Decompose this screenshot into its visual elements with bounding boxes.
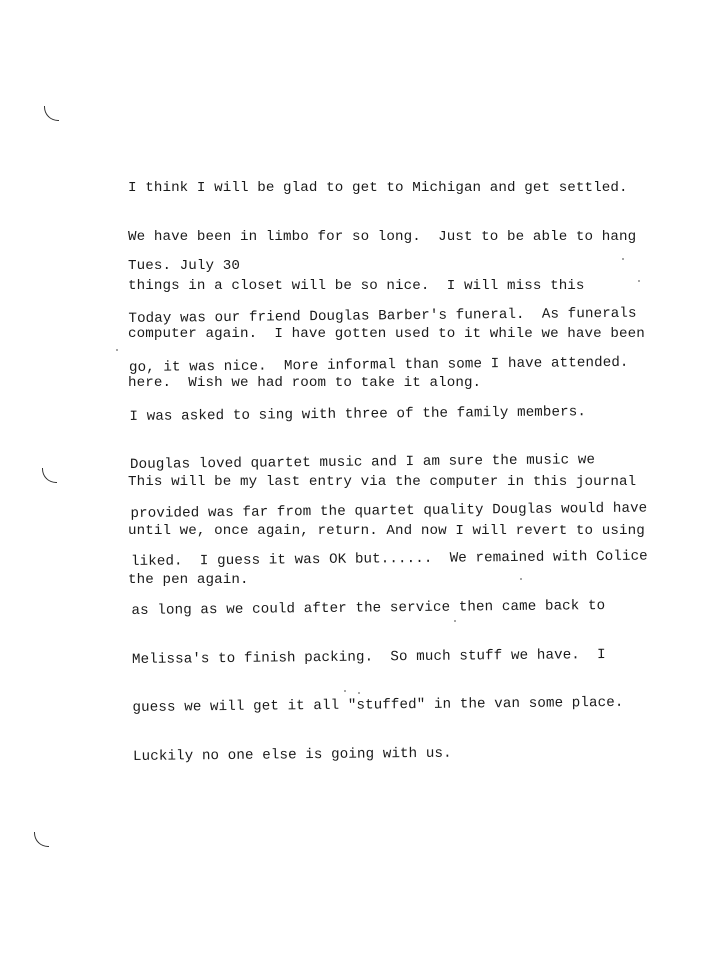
text-line: until we, once again, return. And now I … [128,523,645,539]
text-line: This will be my last entry via the compu… [128,474,645,490]
text-line: go, it was nice. More informal than some… [129,355,646,377]
text-line: guess we will get it all "stuffed" in th… [132,695,649,717]
binder-hole-mark-middle [42,468,57,483]
date-heading: Tues. July 30 [128,258,240,274]
text-line: We have been in limbo for so long. Just … [128,229,645,245]
binder-hole-mark-top [44,106,59,121]
text-line: Today was our friend Douglas Barber's fu… [128,306,645,328]
scan-speck [116,349,118,351]
paragraph-closing: This will be my last entry via the compu… [128,442,645,620]
text-line: the pen again. [128,572,645,588]
binder-hole-mark-bottom [34,832,49,847]
text-line: Melissa's to finish packing. So much stu… [132,646,649,668]
journal-page: I think I will be glad to get to Michiga… [0,0,720,960]
text-line: I think I will be glad to get to Michiga… [128,180,645,196]
text-line: Luckily no one else is going with us. [133,743,650,765]
text-line: I was asked to sing with three of the fa… [129,403,646,425]
